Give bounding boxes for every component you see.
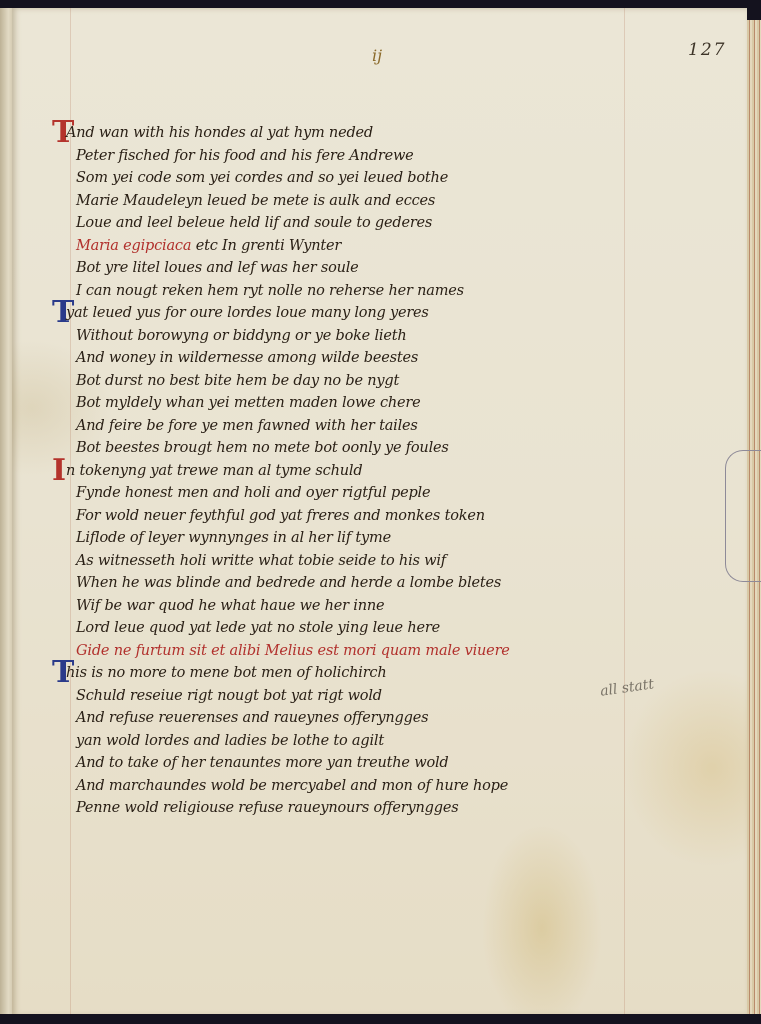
background-shadow	[0, 1014, 761, 1024]
decorated-initial: T	[52, 662, 66, 684]
rubric-line: Gide ne furtum sit et alibi Melius est m…	[66, 640, 666, 663]
text-line: And feire be fore ye men fawned with her…	[66, 415, 666, 438]
folio-mark: ij	[372, 46, 382, 65]
decorated-initial: I	[52, 460, 66, 482]
folio-number: 127	[688, 40, 726, 60]
manuscript-text-block: TAnd wan with his hondes al yat hym nede…	[66, 122, 666, 820]
text-line: Liflode of leyer wynnynges in al her lif…	[66, 527, 666, 550]
text-line: Maria egipciaca etc In grenti Wynter	[66, 235, 666, 258]
text-line: And marchaundes wold be mercyabel and mo…	[66, 775, 666, 798]
rubric: Maria egipciaca	[76, 238, 191, 254]
text-line: Loue and leel beleue held lif and soule …	[66, 212, 666, 235]
text-line: TAnd wan with his hondes al yat hym nede…	[66, 122, 666, 145]
text-line: And refuse reuerenses and raueynes offer…	[66, 707, 666, 730]
text-line: And to take of her tenauntes more yan tr…	[66, 752, 666, 775]
text-line: Wif be war quod he what haue we her inne	[66, 595, 666, 618]
text-line: Som yei code som yei cordes and so yei l…	[66, 167, 666, 190]
text-line: In tokenyng yat trewe man al tyme schuld	[66, 460, 666, 483]
text-line: yan wold lordes and ladies be lothe to a…	[66, 730, 666, 753]
text-line: Without borowyng or biddyng or ye boke l…	[66, 325, 666, 348]
decorated-initial: T	[52, 302, 66, 324]
text-line: Bot myldely whan yei metten maden lowe c…	[66, 392, 666, 415]
text-line: Fynde honest men and holi and oyer rigtf…	[66, 482, 666, 505]
text-line: Bot beestes brougt hem no mete bot oonly…	[66, 437, 666, 460]
text-line: I can nougt reken hem ryt nolle no reher…	[66, 280, 666, 303]
text-line: Penne wold religiouse refuse raueynours …	[66, 797, 666, 820]
text-line: Marie Maudeleyn leued be mete is aulk an…	[66, 190, 666, 213]
text-line: Tyat leued yus for oure lordes loue many…	[66, 302, 666, 325]
decorated-initial: T	[52, 122, 66, 144]
text-line: Lord leue quod yat lede yat no stole yin…	[66, 617, 666, 640]
text-line: And woney in wildernesse among wilde bee…	[66, 347, 666, 370]
text-line: For wold neuer feythful god yat freres a…	[66, 505, 666, 528]
text-line: Bot durst no best bite hem be day no be …	[66, 370, 666, 393]
text-line: This is no more to mene bot men of holic…	[66, 662, 666, 685]
text-line: Bot yre litel loues and lef was her soul…	[66, 257, 666, 280]
text-line: When he was blinde and bedrede and herde…	[66, 572, 666, 595]
text-line: As witnesseth holi writte what tobie sei…	[66, 550, 666, 573]
text-line: Schuld reseiue rigt nougt bot yat rigt w…	[66, 685, 666, 708]
text-line: Peter fisched for his food and his fere …	[66, 145, 666, 168]
bookmark-clasp	[725, 450, 761, 582]
